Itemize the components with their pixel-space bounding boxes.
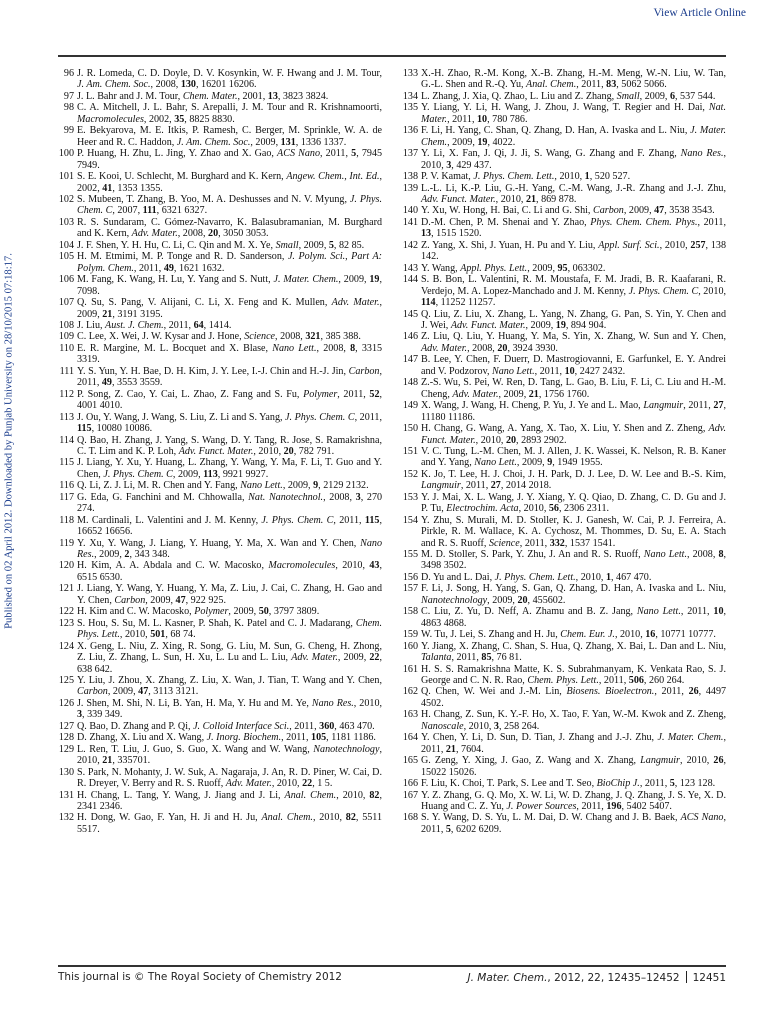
reference-volume: 26 [713,755,723,766]
reference-item: 140Y. Xu, W. Hong, H. Bai, C. Li and G. … [402,205,726,216]
reference-number: 119 [58,538,74,549]
reference-item: 129L. Ren, T. Liu, J. Guo, S. Guo, X. Wa… [58,744,382,767]
reference-journal: Anal. Chem. [261,812,312,823]
reference-item: 112P. Song, Z. Cao, Y. Cai, L. Zhao, Z. … [58,389,382,412]
reference-year: 2009 [304,240,324,251]
reference-item: 159W. Tu, J. Lei, S. Zhang and H. Ju, Ch… [402,629,726,640]
reference-item: 139L.-L. Li, K.-P. Liu, G.-H. Yang, C.-M… [402,183,726,206]
reference-journal: Polymer [303,389,337,400]
reference-number: 153 [402,492,418,503]
reference-item: 135Y. Liang, Y. Li, H. Wang, J. Zhou, J.… [402,102,726,125]
reference-number: 141 [402,217,418,228]
reference-pages: 123 128. [680,778,715,789]
reference-number: 120 [58,560,74,571]
reference-number: 98 [58,102,74,113]
reference-journal: Nano Res. [312,698,354,709]
reference-number: 117 [58,492,74,503]
reference-journal: Nano Lett. [492,366,535,377]
reference-journal: Nano Lett. [240,480,283,491]
page-number: 12451 [693,972,726,984]
reference-volume: 20 [284,446,294,457]
reference-number: 99 [58,125,74,136]
reference-authors: P. Song, Z. Cao, Y. Cai, L. Zhao, Z. Fan… [77,389,303,400]
reference-journal: J. Phys. Chem. Lett. [473,171,554,182]
reference-volume: 5 [670,778,675,789]
footer-citation: , 2012, 22, 12435–12452 [547,972,679,984]
reference-number: 142 [402,240,418,251]
reference-year: 2010 [342,560,362,571]
reference-pages: 260 264. [649,675,684,686]
reference-item: 111Y. S. Yun, Y. H. Bae, D. H. Kim, J. Y… [58,366,382,389]
reference-volume: 5 [446,824,451,835]
reference-number: 126 [58,698,74,709]
reference-pages: 3113 3121. [153,686,198,697]
reference-year: 2008 [156,79,176,90]
reference-year: 2010 [665,240,685,251]
reference-item: 147B. Lee, Y. Chen, F. Duerr, D. Mastrog… [402,354,726,377]
reference-journal: Nat. Nanotechnol. [248,492,323,503]
reference-year: 2008 [183,228,203,239]
reference-item: 115J. Liang, Y. Xu, Y. Huang, L. Zhang, … [58,457,382,480]
reference-journal: Angew. Chem., Int. Ed. [286,171,379,182]
reference-item: 109C. Lee, X. Wei, J. W. Kysar and J. Ho… [58,331,382,342]
reference-volume: 9 [313,480,318,491]
reference-journal: Nano Lett. [272,343,316,354]
reference-authors: M. Cardinali, L. Valentini and J. M. Ken… [77,515,261,526]
view-article-online-link[interactable]: View Article Online [653,7,746,19]
reference-year: 2010 [559,171,579,182]
reference-number: 113 [58,412,74,423]
reference-pages: 9921 9927. [223,469,268,480]
reference-number: 162 [402,686,418,697]
reference-volume: 27 [491,480,501,491]
reference-journal: Nanotechnology [421,595,487,606]
reference-year: 2008 [472,343,492,354]
reference-volume: 3 [77,709,82,720]
reference-number: 156 [402,572,418,583]
reference-volume: 10 [713,606,723,617]
reference-item: 107Q. Su, S. Pang, V. Alijani, C. Li, X.… [58,297,382,320]
reference-item: 128D. Zhang, X. Liu and X. Wang, J. Inor… [58,732,382,743]
reference-number: 110 [58,343,74,354]
reference-authors: P. V. Kamat, [421,171,473,182]
reference-number: 109 [58,331,74,342]
reference-volume: 2 [124,549,129,560]
reference-authors: E. R. Margine, M. L. Bocquet and X. Blas… [77,343,272,354]
reference-number: 123 [58,618,74,629]
reference-number: 138 [402,171,418,182]
reference-item: 127Q. Bao, D. Zhang and P. Qi, J. Colloi… [58,721,382,732]
reference-pages: 2014 2018. [506,480,551,491]
reference-number: 164 [402,732,418,743]
reference-number: 150 [402,423,418,434]
reference-pages: 1181 1186. [331,732,376,743]
reference-item: 168S. Y. Wang, D. S. Yu, L. M. Dai, D. W… [402,812,726,835]
reference-number: 106 [58,274,74,285]
reference-authors: Y. Li, X. Fan, J. Qi, J. Ji, S. Wang, G.… [421,148,681,159]
reference-item: 146Z. Liu, Q. Liu, Y. Huang, Y. Ma, S. Y… [402,331,726,354]
reference-year: 2008 [280,331,300,342]
reference-year: 2009 [178,469,198,480]
reference-authors: Y. Liang, Y. Li, H. Wang, J. Zhou, J. Wa… [421,102,709,113]
reference-volume: 83 [606,79,616,90]
reference-pages: 2306 2311. [564,503,609,514]
reference-volume: 21 [102,755,112,766]
reference-number: 130 [58,767,74,778]
reference-item: 153Y. J. Mai, X. L. Wang, J. Y. Xiang, Y… [402,492,726,515]
reference-year: 2007 [117,205,137,216]
reference-journal: Adv. Funct. Mater. [451,320,526,331]
reference-number: 152 [402,469,418,480]
reference-year: 2010 [620,629,640,640]
reference-journal: J. Mater. Chem. [274,274,339,285]
reference-pages: 6515 6530. [77,572,122,583]
reference-authors: Q. Su, S. Pang, V. Alijani, C. Li, X. Fe… [77,297,332,308]
reference-pages: 76 81. [497,652,522,663]
reference-item: 145Q. Liu, Z. Liu, X. Zhang, L. Yang, N.… [402,309,726,332]
reference-volume: 35 [174,114,184,125]
reference-item: 167Y. Z. Zhang, G. Q. Mo, X. W. Li, W. D… [402,790,726,813]
reference-journal: J. Phys. Chem. C [261,515,333,526]
reference-number: 96 [58,68,74,79]
reference-number: 147 [402,354,418,365]
reference-number: 146 [402,331,418,342]
reference-volume: 257 [690,240,705,251]
reference-number: 121 [58,583,74,594]
reference-volume: 10 [565,366,575,377]
reference-item: 160Y. Jiang, X. Zhang, C. Shan, S. Hua, … [402,641,726,664]
reference-item: 130S. Park, N. Mohanty, J. W. Suk, A. Na… [58,767,382,790]
reference-volume: 21 [446,744,456,755]
reference-year: 2010 [125,629,145,640]
reference-volume: 5 [351,148,356,159]
download-watermark: Published on 02 April 2012. Downloaded b… [2,238,16,643]
reference-number: 168 [402,812,418,823]
reference-volume: 27 [713,400,723,411]
reference-authors: C. A. Mitchell, J. L. Bahr, S. Arepalli,… [77,102,382,113]
reference-year: 2011 [581,801,601,812]
reference-pages: 3498 3502. [421,560,466,571]
reference-pages: 638 642. [77,664,112,675]
reference-journal: Chem. Phys. Lett. [527,675,599,686]
reference-volume: 56 [549,503,559,514]
reference-year: 2011 [421,824,441,835]
reference-authors: S. Mubeen, T. Zhang, B. Yoo, M. A. Deshu… [77,194,350,205]
reference-volume: 114 [421,297,436,308]
reference-pages: 16201 16206. [201,79,257,90]
reference-year: 2011 [688,400,708,411]
reference-item: 163H. Chang, Z. Sun, K. Y.-F. Ho, X. Tao… [402,709,726,732]
reference-volume: 332 [550,538,565,549]
reference-journal: Small [617,91,640,102]
reference-pages: 82 85. [339,240,364,251]
reference-journal: Macromolecules [77,114,144,125]
reference-volume: 10 [477,114,487,125]
reference-authors: Q. Li, Z. J. Li, M. R. Chen and Y. Fang, [77,480,240,491]
reference-pages: 869 878. [541,194,576,205]
reference-volume: 26 [689,686,699,697]
reference-number: 122 [58,606,74,617]
reference-year: 2011 [604,675,624,686]
reference-year: 2010 [421,160,441,171]
reference-pages: 2341 2346. [77,801,122,812]
reference-item: 162Q. Chen, W. Wei and J.-M. Lin, Biosen… [402,686,726,709]
reference-authors: H. Chang, Z. Sun, K. Y.-F. Ho, X. Tao, F… [421,709,726,720]
reference-volume: 20 [517,595,527,606]
reference-year: 2009 [344,652,364,663]
reference-pages: 8825 8830. [189,114,234,125]
reference-journal: J. Phys. Chem. C [629,286,699,297]
reference-item: 151V. C. Tung, L.-M. Chen, M. J. Allen, … [402,446,726,469]
reference-journal: J. Phys. Chem. C [103,469,173,480]
reference-journal: J. Mater. Chem. [657,732,723,743]
reference-year: 2009 [452,137,472,148]
reference-journal: Anal. Chem. [526,79,576,90]
reference-volume: 501 [150,629,165,640]
reference-authors: M. D. Stoller, S. Park, Y. Zhu, J. An an… [421,549,644,560]
top-rule [58,55,726,57]
reference-item: 132H. Dong, W. Gao, F. Yan, H. Ji and H.… [58,812,382,835]
reference-item: 149X. Wang, J. Wang, H. Cheng, P. Yu, J.… [402,400,726,423]
reference-volume: 131 [281,137,296,148]
reference-year: 2010 [481,435,501,446]
reference-pages: 339 349. [87,709,122,720]
reference-number: 139 [402,183,418,194]
reference-volume: 64 [194,320,204,331]
reference-volume: 115 [365,515,380,526]
reference-number: 143 [402,263,418,274]
reference-item: 108J. Liu, Aust. J. Chem., 2011, 64, 141… [58,320,382,331]
reference-pages: 15022 15026. [421,767,477,778]
reference-item: 157F. Li, J. Song, H. Yang, S. Gan, Q. Z… [402,583,726,606]
reference-year: 2010 [77,755,97,766]
reference-volume: 43 [369,560,379,571]
reference-number: 159 [402,629,418,640]
reference-year: 2010 [277,778,297,789]
reference-journal: Macromolecules [268,560,335,571]
reference-number: 112 [58,389,74,400]
reference-authors: M. Fang, K. Wang, H. Lu, Y. Yang and S. … [77,274,274,285]
reference-pages: 1621 1632. [179,263,224,274]
reference-volume: 1 [585,171,590,182]
reference-volume: 21 [102,309,112,320]
reference-volume: 20 [208,228,218,239]
reference-item: 144S. B. Bon, L. Valentini, R. M. Mousta… [402,274,726,308]
reference-item: 166F. Liu, K. Choi, T. Park, S. Lee and … [402,778,726,789]
reference-volume: 82 [369,790,379,801]
reference-journal: Carbon [114,595,145,606]
reference-year: 2011 [139,263,159,274]
reference-volume: 111 [143,205,157,216]
reference-authors: J. F. Shen, Y. H. Hu, C. Li, C. Qin and … [77,240,276,251]
reference-year: 2011 [687,606,707,617]
reference-item: 104J. F. Shen, Y. H. Hu, C. Li, C. Qin a… [58,240,382,251]
reference-pages: 429 437. [456,160,491,171]
citation-info: J. Mater. Chem., 2012, 22, 12435–1245212… [468,971,726,984]
reference-pages: 1414. [209,320,232,331]
reference-journal: Adv. Mater. [291,652,338,663]
reference-volume: 41 [102,183,112,194]
reference-journal: Carbon [593,205,624,216]
reference-year: 2011 [169,320,189,331]
reference-pages: 7098. [77,286,100,297]
reference-pages: 258 264. [504,721,539,732]
reference-item: 118M. Cardinali, L. Valentini and J. M. … [58,515,382,538]
reference-number: 118 [58,515,74,526]
reference-year: 2011 [457,652,477,663]
reference-year: 2009 [113,686,133,697]
reference-year: 2010 [469,721,489,732]
reference-year: 2002 [149,114,169,125]
reference-number: 133 [402,68,418,79]
reference-pages: 10080 10086. [97,423,153,434]
reference-pages: 4001 4010. [77,400,122,411]
reference-authors: L.-L. Li, K.-P. Liu, G.-H. Yang, C.-M. W… [421,183,726,194]
reference-year: 2011 [525,538,545,549]
reference-volume: 13 [268,91,278,102]
reference-authors: J. Shen, M. Shi, N. Li, B. Yan, H. Ma, Y… [77,698,312,709]
reference-item: 117G. Eda, G. Fanchini and M. Chhowalla,… [58,492,382,515]
reference-number: 115 [58,457,74,468]
reference-year: 2010 [319,812,339,823]
reference-volume: 49 [102,377,112,388]
reference-journal: J. Power Sources [506,801,576,812]
reference-year: 2009 [492,595,512,606]
reference-pages: 16652 16656. [77,526,133,537]
reference-pages: 463 470. [339,721,374,732]
reference-volume: 49 [164,263,174,274]
reference-item: 131H. Chang, L. Tang, Y. Wang, J. Jiang … [58,790,382,813]
reference-authors: S. Y. Wang, D. S. Yu, L. M. Dai, D. W. C… [421,812,681,823]
footer-journal: J. Mater. Chem. [468,972,548,984]
reference-year: 2009 [522,457,542,468]
reference-volume: 130 [181,79,196,90]
reference-pages: 1 5. [317,778,332,789]
reference-authors: D.-M. Chen, P. M. Shenai and Y. Zhao, [421,217,590,228]
reference-authors: F. Liu, K. Choi, T. Park, S. Lee and T. … [421,778,597,789]
reference-authors: W. Tu, J. Lei, S. Zhang and H. Ju, [421,629,560,640]
reference-number: 165 [402,755,418,766]
reference-item: 106M. Fang, K. Wang, H. Lu, Y. Yang and … [58,274,382,297]
reference-volume: 3 [356,492,361,503]
reference-authors: J. R. Lomeda, C. D. Doyle, D. V. Kosynki… [77,68,382,79]
reference-item: 101S. E. Kooi, U. Schlecht, M. Burghard … [58,171,382,194]
reference-journal: Phys. Chem. Chem. Phys. [590,217,697,228]
reference-item: 136F. Li, H. Yang, C. Shan, Q. Zhang, D.… [402,125,726,148]
reference-year: 2008 [693,549,713,560]
reference-number: 160 [402,641,418,652]
reference-number: 149 [402,400,418,411]
reference-journal: BioChip J. [597,778,640,789]
reference-pages: 2893 2902. [521,435,566,446]
reference-pages: 5062 5066. [621,79,666,90]
reference-item: 122H. Kim and C. W. Macosko, Polymer, 20… [58,606,382,617]
reference-year: 2011 [421,744,441,755]
reference-number: 151 [402,446,418,457]
reference-item: 134L. Zhang, J. Xia, Q. Zhao, L. Liu and… [402,91,726,102]
reference-volume: 8 [718,549,723,560]
reference-item: 113J. Ou, Y. Wang, J. Wang, S. Liu, Z. L… [58,412,382,435]
reference-number: 155 [402,549,418,560]
reference-authors: Y. Jiang, X. Zhang, C. Shan, S. Hua, Q. … [421,641,726,652]
reference-volume: 19 [369,274,379,285]
reference-authors: D. Zhang, X. Liu and X. Wang, [77,732,207,743]
reference-item: 123S. Hou, S. Su, M. L. Kasner, P. Shah,… [58,618,382,641]
reference-journal: Nano Res. [681,148,724,159]
reference-volume: 113 [203,469,218,480]
reference-number: 101 [58,171,74,182]
reference-journal: Adv. Mater. [421,343,467,354]
reference-pages: 335701. [117,755,150,766]
reference-pages: 11180 11186. [421,412,475,423]
reference-pages: 520 527. [595,171,630,182]
reference-pages: 6321 6327. [162,205,207,216]
reference-volume: 50 [259,606,269,617]
reference-number: 128 [58,732,74,743]
reference-pages: 1336 1337. [301,137,346,148]
reference-year: 2010 [581,572,601,583]
reference-journal: Adv. Funct. Mater. [421,194,496,205]
reference-item: 125Y. Liu, J. Zhou, X. Zhang, Z. Liu, X.… [58,675,382,698]
reference-journal: J. Am. Chem. Soc. [77,79,151,90]
reference-number: 166 [402,778,418,789]
reference-year: 2009 [344,274,364,285]
reference-volume: 105 [311,732,326,743]
reference-pages: 3050 3053. [223,228,268,239]
reference-journal: Langmuir [421,480,461,491]
reference-year: 2008 [329,492,349,503]
reference-year: 2010 [703,286,723,297]
reference-journal: Carbon [349,366,380,377]
reference-pages: 455602. [533,595,566,606]
reference-number: 167 [402,790,418,801]
reference-pages: 343 348. [134,549,169,560]
reference-volume: 3 [446,160,451,171]
reference-pages: 537 544. [680,91,715,102]
reference-pages: 1353 1355. [117,183,162,194]
reference-volume: 16 [645,629,655,640]
reference-item: 126J. Shen, M. Shi, N. Li, B. Yan, H. Ma… [58,698,382,721]
reference-authors: H. M. Etmimi, M. P. Tonge and R. D. Sand… [77,251,288,262]
reference-journal: Science [244,331,275,342]
reference-number: 102 [58,194,74,205]
reference-pages: 780 786. [492,114,527,125]
reference-item: 155M. D. Stoller, S. Park, Y. Zhu, J. An… [402,549,726,572]
reference-item: 98C. A. Mitchell, J. L. Bahr, S. Arepall… [58,102,382,125]
reference-number: 137 [402,148,418,159]
reference-authors: Y. Xu, Y. Wang, J. Liang, Y. Huang, Y. M… [77,538,360,549]
reference-pages: 3924 3930. [512,343,557,354]
reference-volume: 1 [606,572,611,583]
reference-year: 2009 [504,389,524,400]
reference-year: 2011 [540,366,560,377]
reference-item: 103R. S. Sundaram, C. Gómez-Navarro, K. … [58,217,382,240]
watermark-text: Published on 02 April 2012. Downloaded b… [4,253,15,629]
reference-pages: 2427 2432. [580,366,625,377]
reference-pages: 3538 3543. [669,205,714,216]
reference-year: 2011 [286,732,306,743]
reference-number: 145 [402,309,418,320]
reference-authors: Z. Liu, Q. Liu, Y. Huang, Y. Ma, S. Yin,… [421,331,726,342]
reference-item: 133X.-H. Zhao, R.-M. Kong, X.-B. Zhang, … [402,68,726,91]
reference-item: 161H. S. S. Ramakrishna Matte, K. S. Sub… [402,664,726,687]
reference-journal: Chem. Eur. J. [560,629,615,640]
reference-journal: ACS Nano [277,148,320,159]
reference-authors: H. Chang, G. Wang, A. Yang, X. Tao, X. L… [421,423,709,434]
reference-number: 100 [58,148,74,159]
reference-year: 2011 [581,79,601,90]
reference-volume: 22 [302,778,312,789]
